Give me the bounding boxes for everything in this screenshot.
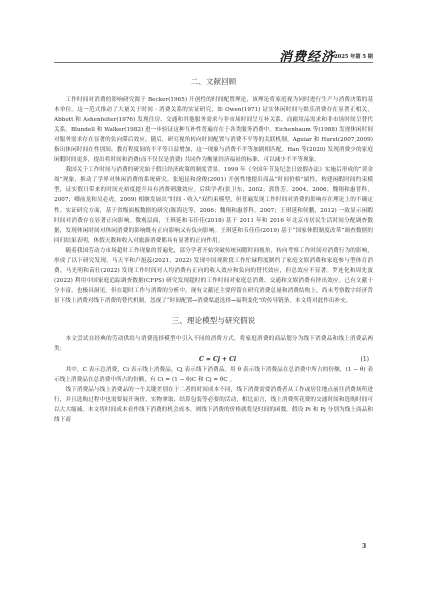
header-rule <box>54 62 373 63</box>
running-header: 消费经济 2025 年第 5 期 <box>54 44 373 63</box>
equation-1: C = Cj + Ci (1) <box>54 354 373 365</box>
paragraph: 本文尝试在经典的劳动供给与消费选择模型中引入不同的消费方式，将家庭消费的商品划分… <box>54 334 373 354</box>
equation-number: (1) <box>361 354 370 365</box>
page-number: 3 <box>362 543 366 550</box>
section-heading-theory-model: 三、理论模型与研究假说 <box>54 315 373 327</box>
section-heading-literature-review: 二、文献回顾 <box>54 76 373 88</box>
paragraph: 线下消费品与线上消费品的一个关键差别在于二者的时间成本不同，线下消费需要消费者从… <box>54 385 373 425</box>
paragraph: 其中，C 表示总消费，Ci 表示线上消费品，Cj 表示线下消费品。用 θ 表示线… <box>54 365 373 385</box>
issue-label: 2025 年第 5 期 <box>334 53 373 60</box>
paragraph: 工作时间对消费的影响研究源于 Becker(1965) 开创性的时间配置理论，该… <box>54 95 373 165</box>
article-body: 二、文献回顾 工作时间对消费的影响研究源于 Becker(1965) 开创性的时… <box>54 76 373 425</box>
paragraph: 我国关于工作时间与消费的研究始于假日经济政策的制度背景。1999 年《全国年节及… <box>54 165 373 245</box>
paragraph: 随着我国劳动力市场超时工作现象的普遍化，部分学者开始突破传统闲暇时间视角，转向考… <box>54 246 373 306</box>
equation-formula: C = Cj + Ci <box>199 354 236 365</box>
